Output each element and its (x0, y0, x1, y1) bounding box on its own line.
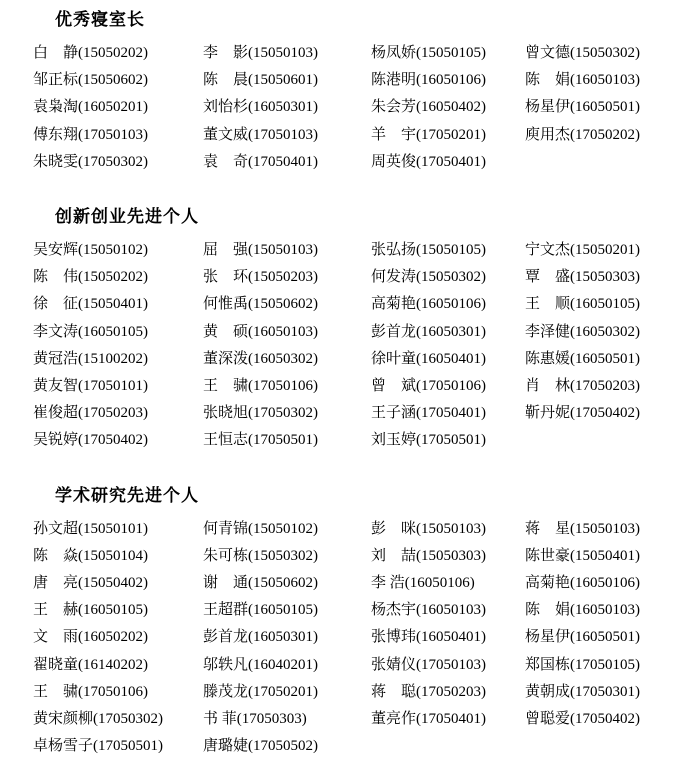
person-entry: 王 赫(16050105) (33, 597, 203, 624)
person-entry: 孙文超(15050101) (33, 516, 203, 543)
person-entry: 吴安辉(15050102) (33, 237, 203, 264)
person-entry: 王超群(16050105) (203, 597, 371, 624)
person-entry: 黄朝成(17050301) (525, 679, 687, 706)
person-entry: 翟晓童(16140202) (33, 652, 203, 679)
person-entry: 袁枭淘(16050201) (33, 94, 203, 121)
person-entry: 陈 伟(15050202) (33, 264, 203, 291)
person-entry: 王 顺(16050105) (525, 291, 687, 318)
entry-list: 孙文超(15050101)何青锦(15050102)彭 咪(15050103)蒋… (33, 516, 687, 761)
person-entry: 卓杨雪子(17050501) (33, 733, 203, 760)
person-entry: 覃 盛(15050303) (525, 264, 687, 291)
person-entry: 刘玉婷(17050501) (371, 427, 525, 454)
person-entry: 傅东翔(17050103) (33, 122, 203, 149)
person-entry: 董亮作(17050401) (371, 706, 525, 733)
document-page: 优秀寝室长 白 静(15050202)李 影(15050103)杨凤娇(1505… (0, 0, 695, 777)
person-entry: 何发涛(15050302) (371, 264, 525, 291)
section-excellent-dorm-leader: 优秀寝室长 白 静(15050202)李 影(15050103)杨凤娇(1505… (33, 8, 687, 176)
entry-list: 白 静(15050202)李 影(15050103)杨凤娇(15050105)曾… (33, 40, 687, 176)
person-entry: 何惟禹(15050602) (203, 291, 371, 318)
person-entry: 张弘扬(15050105) (371, 237, 525, 264)
person-entry: 杨星伊(16050501) (525, 94, 687, 121)
person-entry: 何青锦(15050102) (203, 516, 371, 543)
section-academic-research: 学术研究先进个人 孙文超(15050101)何青锦(15050102)彭 咪(1… (33, 484, 687, 761)
person-entry: 黄 硕(16050103) (203, 319, 371, 346)
person-entry: 朱可栋(15050302) (203, 543, 371, 570)
person-entry: 邹正标(15050602) (33, 67, 203, 94)
person-entry: 董文威(17050103) (203, 122, 371, 149)
person-entry: 李文涛(16050105) (33, 319, 203, 346)
person-entry: 宁文杰(15050201) (525, 237, 687, 264)
person-entry: 羊 宇(17050201) (371, 122, 525, 149)
section-title: 学术研究先进个人 (55, 484, 687, 508)
person-entry: 陈 焱(15050104) (33, 543, 203, 570)
person-entry: 刘怡杉(16050301) (203, 94, 371, 121)
person-entry: 靳丹妮(17050402) (525, 400, 687, 427)
person-entry: 王子涵(17050401) (371, 400, 525, 427)
person-entry: 刘 喆(15050303) (371, 543, 525, 570)
person-entry: 高菊艳(16050106) (371, 291, 525, 318)
person-entry: 肖 林(17050203) (525, 373, 687, 400)
person-entry: 崔俊超(17050203) (33, 400, 203, 427)
person-entry: 陈港明(16050106) (371, 67, 525, 94)
person-entry: 李 浩(16050106) (371, 570, 525, 597)
person-entry: 陈世豪(15050401) (525, 543, 687, 570)
person-entry: 唐 亮(15050402) (33, 570, 203, 597)
person-entry: 杨星伊(16050501) (525, 624, 687, 651)
section-title: 创新创业先进个人 (55, 205, 687, 229)
section-title: 优秀寝室长 (55, 8, 687, 32)
person-entry: 李泽健(16050302) (525, 319, 687, 346)
person-entry: 黄友智(17050101) (33, 373, 203, 400)
person-entry: 郑国栋(17050105) (525, 652, 687, 679)
person-entry: 文 雨(16050202) (33, 624, 203, 651)
person-entry: 黄冠浩(15100202) (33, 346, 203, 373)
person-entry: 陈惠媛(16050501) (525, 346, 687, 373)
person-entry: 张晓旭(17050302) (203, 400, 371, 427)
person-entry: 彭首龙(16050301) (203, 624, 371, 651)
person-entry: 彭首龙(16050301) (371, 319, 525, 346)
person-entry: 袁 奇(17050401) (203, 149, 371, 176)
person-entry: 陈 娟(16050103) (525, 67, 687, 94)
person-entry: 书 菲(17050303) (203, 706, 371, 733)
person-entry: 张婧仪(17050103) (371, 652, 525, 679)
person-entry: 杨凤娇(15050105) (371, 40, 525, 67)
person-entry: 蒋 聪(17050203) (371, 679, 525, 706)
person-entry: 彭 咪(15050103) (371, 516, 525, 543)
person-entry: 蒋 星(15050103) (525, 516, 687, 543)
person-entry: 曾 斌(17050106) (371, 373, 525, 400)
person-entry: 庾用杰(17050202) (525, 122, 687, 149)
person-entry: 曾文德(15050302) (525, 40, 687, 67)
person-entry: 杨杰宇(16050103) (371, 597, 525, 624)
person-entry: 滕茂龙(17050201) (203, 679, 371, 706)
person-entry: 张 环(15050203) (203, 264, 371, 291)
section-innovation-entrepreneurship: 创新创业先进个人 吴安辉(15050102)屈 强(15050103)张弘扬(1… (33, 205, 687, 455)
person-entry: 屈 强(15050103) (203, 237, 371, 264)
person-entry: 黄宋颜柳(17050302) (33, 706, 203, 733)
person-entry: 王 骕(17050106) (33, 679, 203, 706)
person-entry: 曾聪爱(17050402) (525, 706, 687, 733)
person-entry: 王 骕(17050106) (203, 373, 371, 400)
entry-list: 吴安辉(15050102)屈 强(15050103)张弘扬(15050105)宁… (33, 237, 687, 455)
person-entry: 吴锐婷(17050402) (33, 427, 203, 454)
person-entry: 董深泼(16050302) (203, 346, 371, 373)
person-entry: 高菊艳(16050106) (525, 570, 687, 597)
person-entry: 朱晓雯(17050302) (33, 149, 203, 176)
person-entry: 李 影(15050103) (203, 40, 371, 67)
person-entry: 陈 娟(16050103) (525, 597, 687, 624)
person-entry: 白 静(15050202) (33, 40, 203, 67)
person-entry: 周英俊(17050401) (371, 149, 525, 176)
person-entry: 徐 征(15050401) (33, 291, 203, 318)
person-entry: 王恒志(17050501) (203, 427, 371, 454)
person-entry: 朱会芳(16050402) (371, 94, 525, 121)
person-entry: 谢 通(15050602) (203, 570, 371, 597)
person-entry: 陈 晨(15050601) (203, 67, 371, 94)
person-entry: 邬轶凡(16040201) (203, 652, 371, 679)
person-entry: 张博玮(16050401) (371, 624, 525, 651)
person-entry: 唐璐婕(17050502) (203, 733, 371, 760)
person-entry: 徐叶童(16050401) (371, 346, 525, 373)
